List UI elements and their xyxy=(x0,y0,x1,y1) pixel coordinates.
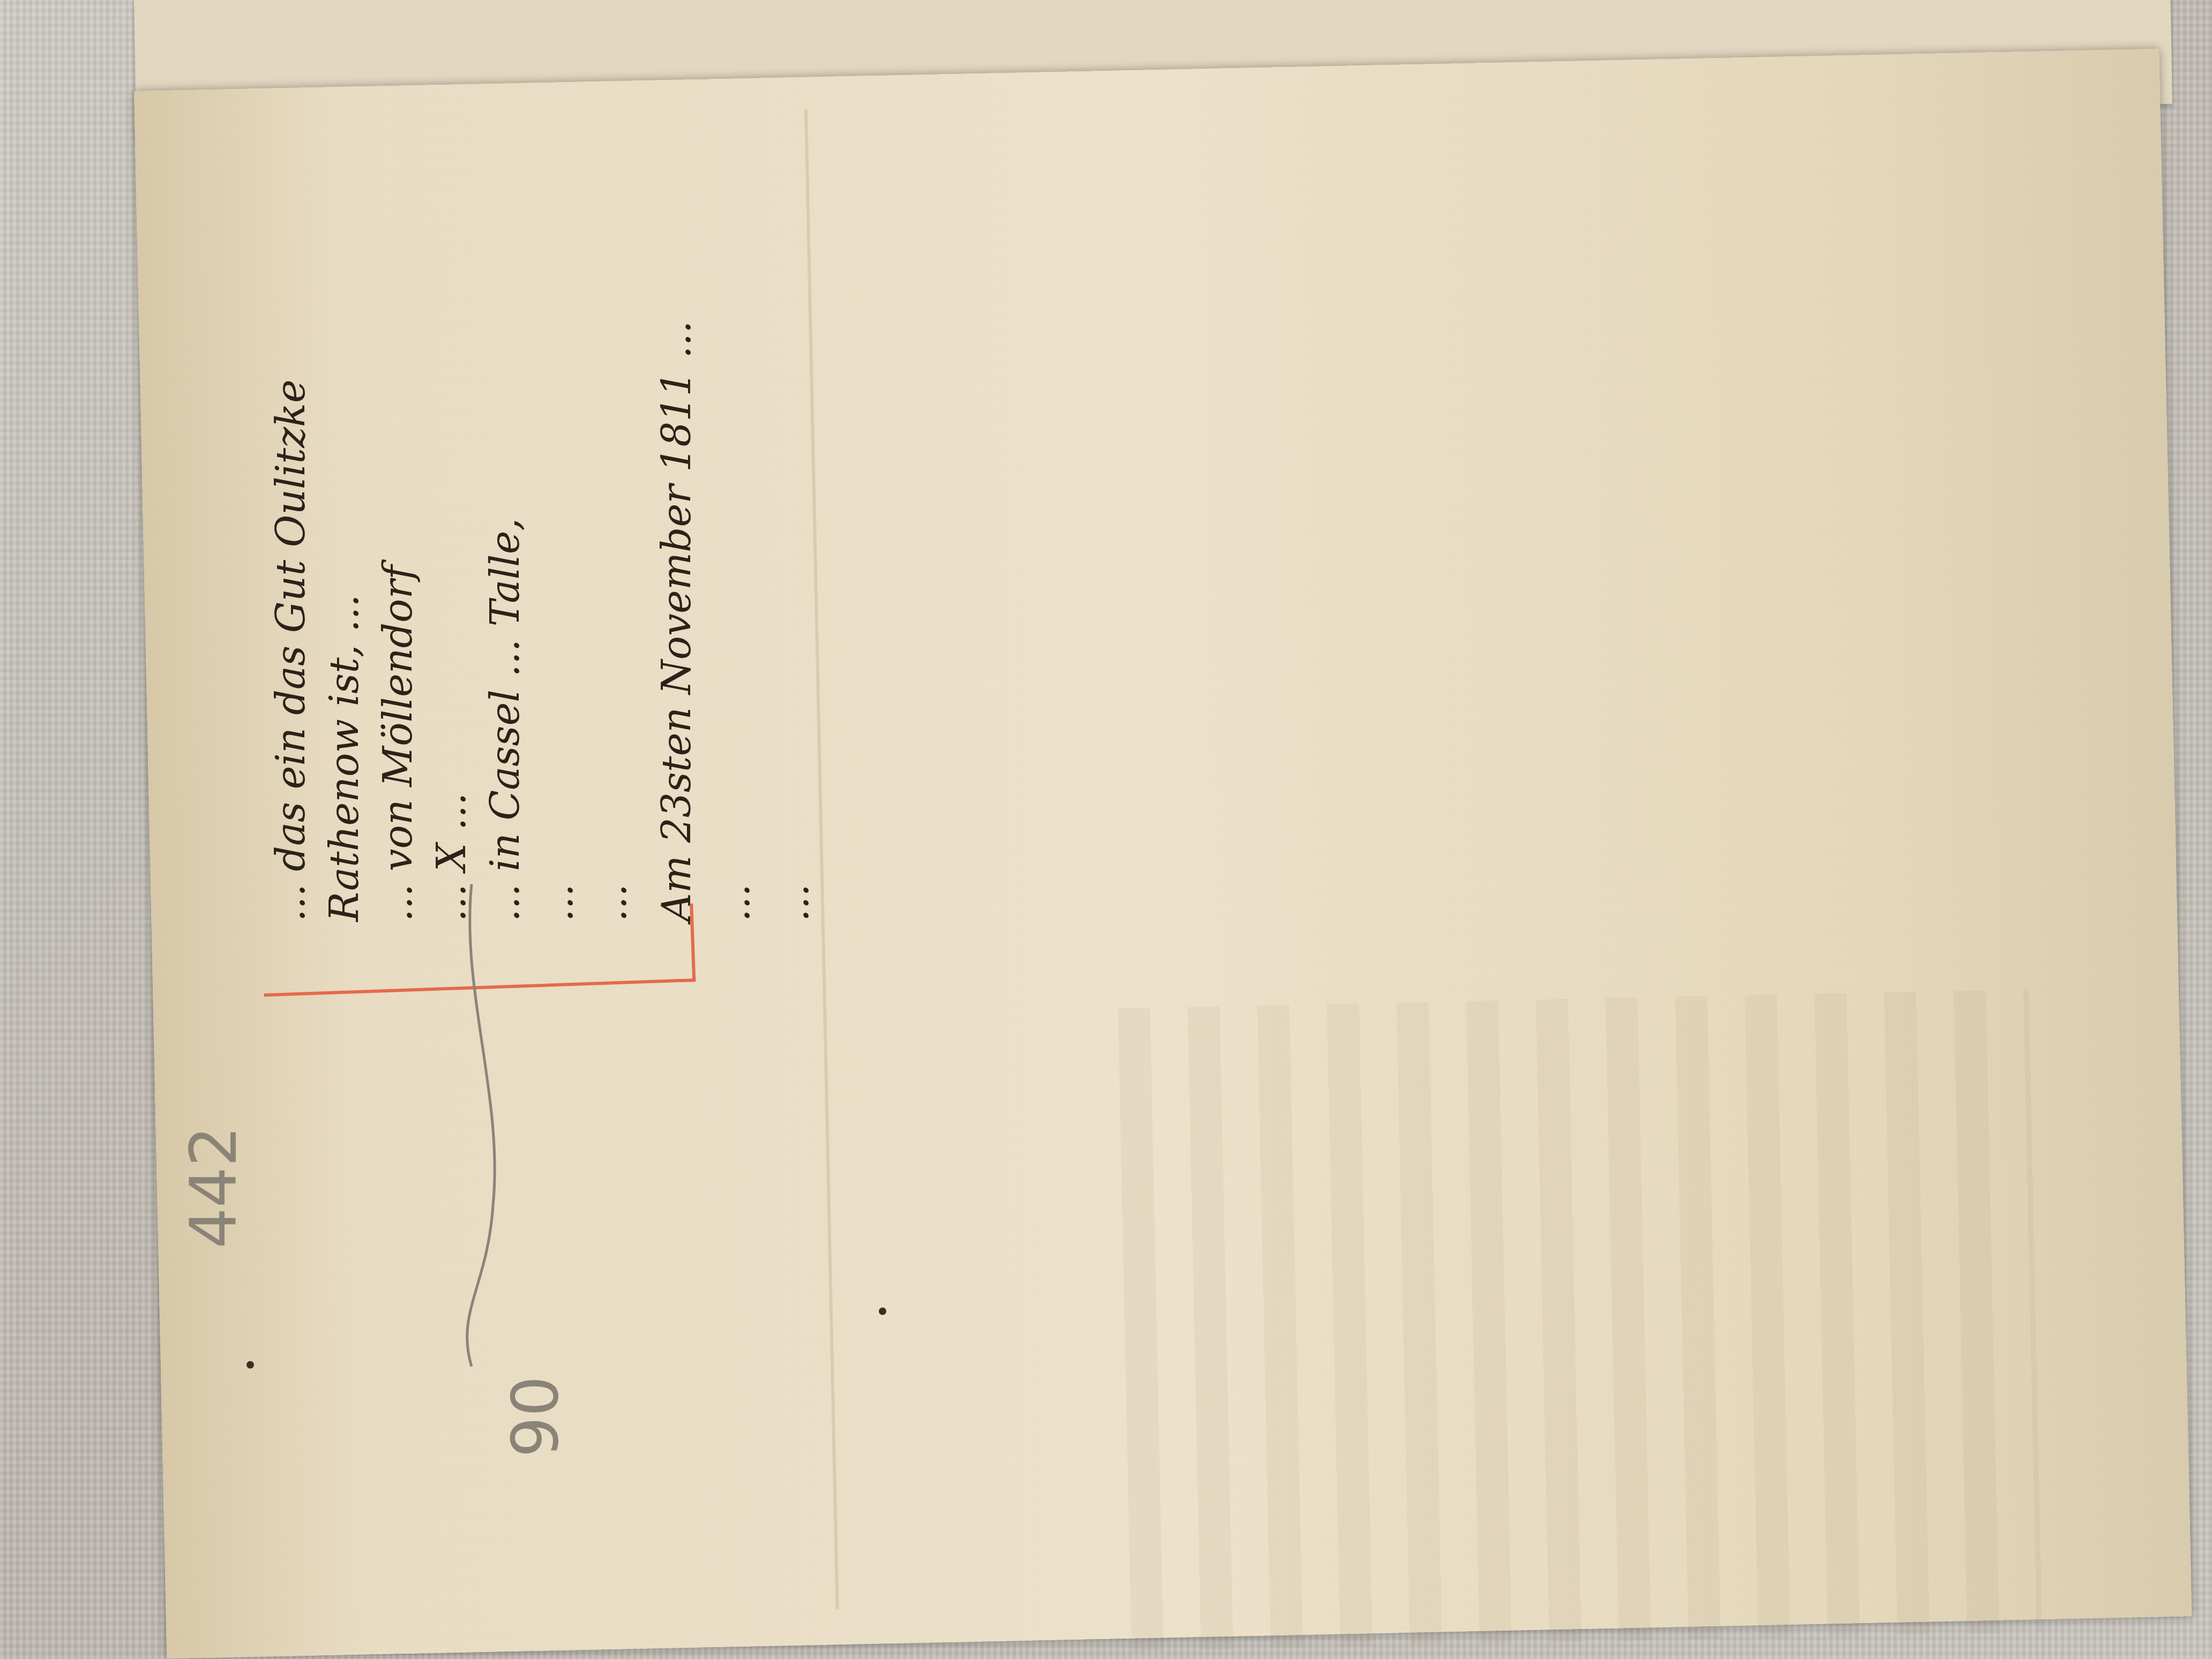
text-line: Rathenow ist, ... xyxy=(322,594,368,922)
ink-spot xyxy=(246,1361,254,1369)
pencil-page-number: 442 xyxy=(177,1126,251,1249)
pencil-squiggle xyxy=(439,884,547,1393)
text-line: ... in Cassel ... Talle, xyxy=(482,518,528,922)
pencil-mark: 90 xyxy=(498,1376,573,1458)
ink-spot xyxy=(879,1307,886,1315)
page-fold xyxy=(804,109,839,1610)
text-line: ... das ein das Gut Oulitzke xyxy=(268,379,314,922)
text-line-date: Am 23sten November 1811 ... xyxy=(654,320,700,922)
text-line: ... xyxy=(713,884,759,922)
text-line: ... von Möllendorf xyxy=(375,565,421,922)
text-line: ... xyxy=(772,884,818,922)
bleed-through-text xyxy=(1118,989,2042,1651)
